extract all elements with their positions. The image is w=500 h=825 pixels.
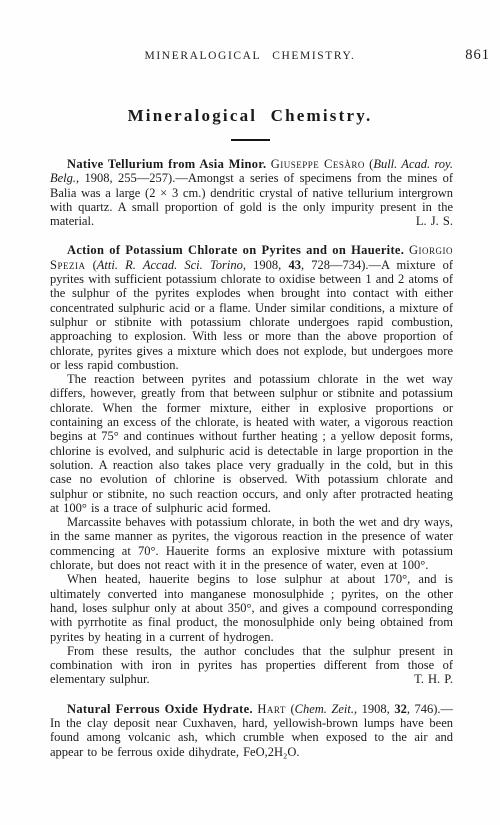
citation-year: , 1908, [243, 258, 289, 272]
article-heading: Action of Potassium Chlorate on Pyrites … [67, 243, 404, 257]
citation-year: , 1908, [354, 702, 394, 716]
article-potassium-chlorate: Action of Potassium Chlorate on Pyrites … [50, 243, 453, 686]
article-body: A mixture of pyrites with sufficient pot… [50, 258, 453, 372]
citation-journal: Atti. R. Accad. Sci. Torino [97, 258, 243, 272]
author-initials: T. H. P. [404, 672, 453, 686]
citation-pages: , 728—734).— [301, 258, 381, 272]
article-author: Hart [257, 702, 286, 716]
citation-detail: , 1908, 255—257).— [76, 171, 188, 185]
article-native-tellurium: Native Tellurium from Asia Minor. Giusep… [50, 157, 453, 228]
article-heading: Natural Ferrous Oxide Hydrate. [67, 702, 253, 716]
article-paragraph: Natural Ferrous Oxide Hydrate. Hart (Che… [50, 702, 453, 759]
page-number: 861 [465, 47, 490, 64]
running-header: MINERALOGICAL CHEMISTRY. 861 [0, 0, 500, 66]
citation-journal: Chem. Zeit. [295, 702, 354, 716]
article-heading: Native Tellurium from Asia Minor. [67, 157, 266, 171]
citation-volume: 32 [394, 702, 407, 716]
article-author: Giuseppe Cesàro [271, 157, 365, 171]
title-divider [231, 139, 270, 141]
author-initials: L. J. S. [406, 214, 453, 228]
running-title: MINERALOGICAL CHEMISTRY. [0, 50, 500, 62]
citation-volume: 43 [288, 258, 301, 272]
article-paragraph: Marcassite behaves with potassium chlora… [50, 515, 453, 572]
article-paragraph: Action of Potassium Chlorate on Pyrites … [50, 243, 453, 372]
journal-page: MINERALOGICAL CHEMISTRY. 861 Mineralogic… [0, 0, 500, 825]
article-body: In the clay deposit near Cuxhaven, hard,… [50, 716, 453, 759]
article-paragraph: Native Tellurium from Asia Minor. Giusep… [50, 157, 453, 228]
article-closing: From these results, the author concludes… [50, 644, 453, 687]
article-paragraph: When heated, hauerite begins to lose sul… [50, 572, 453, 643]
citation-pages: , 746).— [407, 702, 453, 716]
page-content: Native Tellurium from Asia Minor. Giusep… [50, 157, 453, 759]
article-ferrous-oxide-hydrate: Natural Ferrous Oxide Hydrate. Hart (Che… [50, 702, 453, 759]
article-paragraph: From these results, the author concludes… [50, 644, 453, 687]
article-paragraph: The reaction between pyrites and potassi… [50, 372, 453, 515]
page-title: Mineralogical Chemistry. [0, 106, 500, 126]
